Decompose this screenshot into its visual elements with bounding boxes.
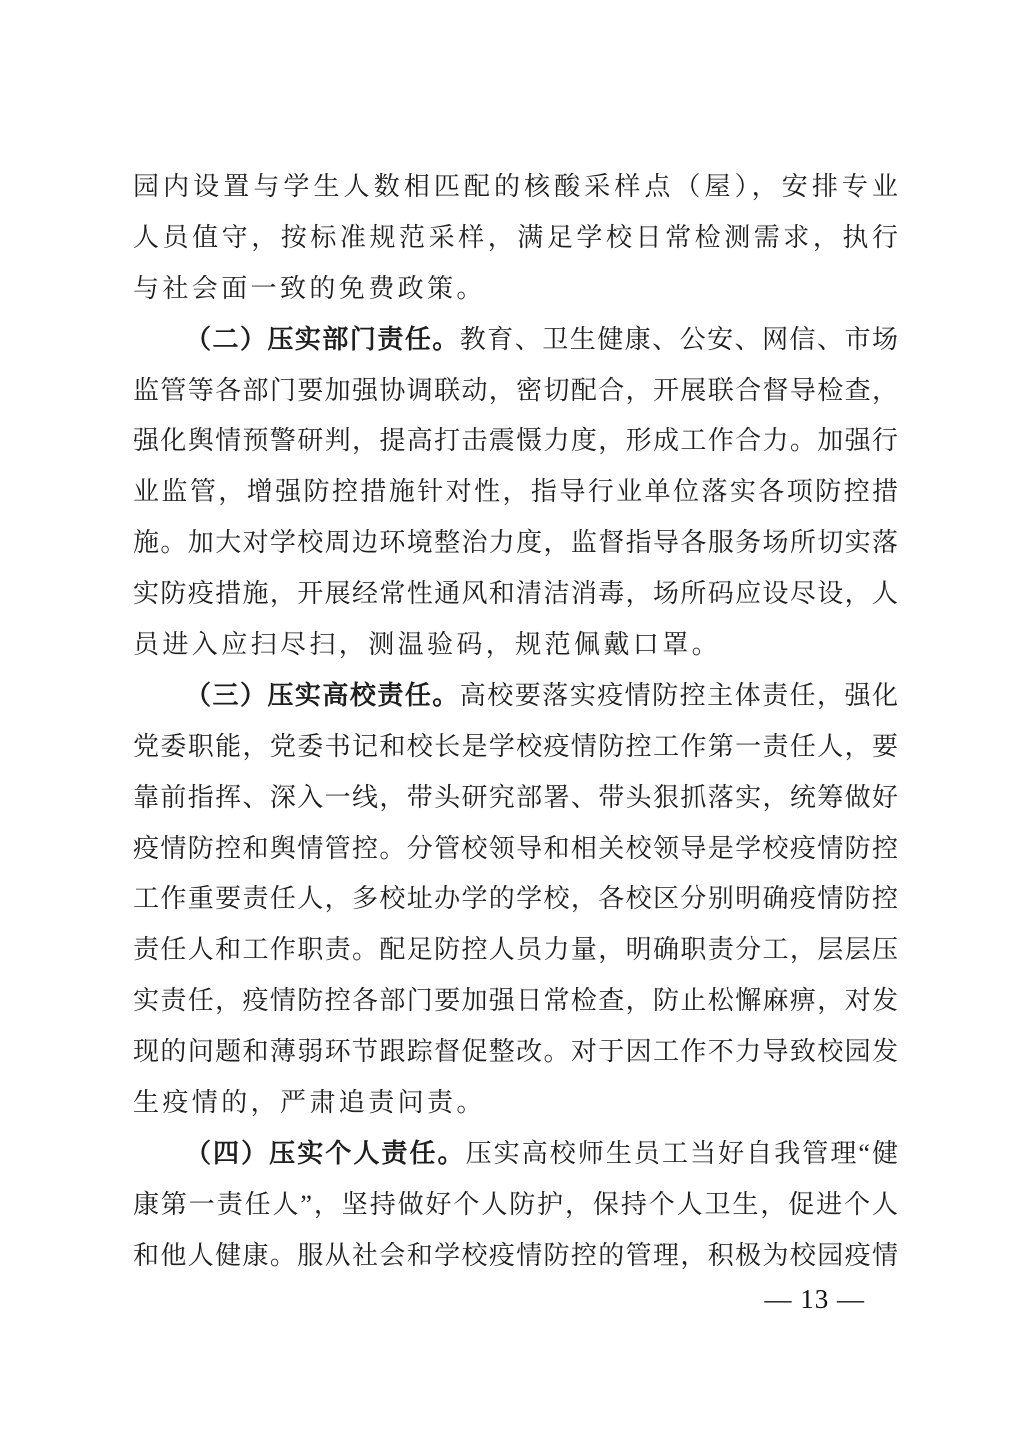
paragraph: （三）压实高校责任。高校要落实疫情防控主体责任，强化党委职能，党委书记和校长是学… — [133, 671, 898, 1129]
text-line: 责任人和工作职责。配足防控人员力量，明确职责分工，层层压 — [133, 925, 898, 976]
body-text: 高校要落实疫情防控主体责任，强化 — [460, 681, 898, 710]
text-line: 实责任，疫情防控各部门要加强日常检查，防止松懈麻痹，对发 — [133, 976, 898, 1027]
body-text: 靠前指挥、深入一线，带头研究部署、带头狠抓落实，统筹做好 — [133, 783, 898, 812]
paragraph: （二）压实部门责任。教育、卫生健康、公安、网信、市场监管等各部门要加强协调联动，… — [133, 315, 898, 671]
section-heading-text: （二）压实部门责任。 — [185, 325, 460, 354]
body-text: 和他人健康。服从社会和学校疫情防控的管理，积极为校园疫情 — [133, 1241, 898, 1270]
text-line: 党委职能，党委书记和校长是学校疫情防控工作第一责任人，要 — [133, 722, 898, 773]
body-text: 教育、卫生健康、公安、网信、市场 — [460, 325, 898, 354]
body-text: 人员值守，按标准规范采样，满足学校日常检测需求，执行 — [133, 223, 898, 252]
document-page: 园内设置与学生人数相匹配的核酸采样点（屋），安排专业人员值守，按标准规范采样，满… — [0, 0, 1024, 1448]
section-heading-text: （三）压实高校责任。 — [185, 681, 460, 710]
text-line: （二）压实部门责任。教育、卫生健康、公安、网信、市场 — [133, 315, 898, 366]
body-text: 强化舆情预警研判，提高打击震慑力度，形成工作合力。加强行 — [133, 426, 898, 455]
text-line: 监管等各部门要加强协调联动，密切配合，开展联合督导检查， — [133, 366, 898, 417]
text-line: 业监管，增强防控措施针对性，指导行业单位落实各项防控措 — [133, 467, 898, 518]
body-text: 康第一责任人”，坚持做好个人防护，保持个人卫生，促进个人 — [133, 1190, 898, 1219]
section-heading-text: （四）压实个人责任。 — [185, 1139, 466, 1168]
text-line: （四）压实个人责任。压实高校师生员工当好自我管理“健 — [133, 1129, 898, 1180]
text-line: 与社会面一致的免费政策。 — [133, 264, 898, 315]
text-line: 康第一责任人”，坚持做好个人防护，保持个人卫生，促进个人 — [133, 1180, 898, 1231]
paragraph: （四）压实个人责任。压实高校师生员工当好自我管理“健康第一责任人”，坚持做好个人… — [133, 1129, 898, 1282]
document-body: 园内设置与学生人数相匹配的核酸采样点（屋），安排专业人员值守，按标准规范采样，满… — [133, 162, 898, 1282]
body-text: 工作重要责任人，多校址办学的学校，各校区分别明确疫情防控 — [133, 884, 898, 913]
body-text: 监管等各部门要加强协调联动，密切配合，开展联合督导检查， — [133, 376, 898, 405]
text-line: 和他人健康。服从社会和学校疫情防控的管理，积极为校园疫情 — [133, 1231, 898, 1282]
body-text: 与社会面一致的免费政策。 — [133, 274, 486, 303]
text-line: 施。加大对学校周边环境整治力度，监督指导各服务场所切实落 — [133, 518, 898, 569]
page-number: — 13 — — [765, 1283, 866, 1315]
text-line: 现的问题和薄弱环节跟踪督促整改。对于因工作不力导致校园发 — [133, 1027, 898, 1078]
body-text: 实责任，疫情防控各部门要加强日常检查，防止松懈麻痹，对发 — [133, 986, 898, 1015]
text-line: （三）压实高校责任。高校要落实疫情防控主体责任，强化 — [133, 671, 898, 722]
body-text: 党委职能，党委书记和校长是学校疫情防控工作第一责任人，要 — [133, 732, 898, 761]
body-text: 员进入应扫尽扫，测温验码，规范佩戴口罩。 — [133, 630, 721, 659]
text-line: 工作重要责任人，多校址办学的学校，各校区分别明确疫情防控 — [133, 874, 898, 925]
body-text: 园内设置与学生人数相匹配的核酸采样点（屋），安排专业 — [133, 172, 898, 201]
body-text: 生疫情的，严肃追责问责。 — [133, 1088, 486, 1117]
body-text: 压实高校师生员工当好自我管理“健 — [466, 1139, 898, 1168]
text-line: 员进入应扫尽扫，测温验码，规范佩戴口罩。 — [133, 620, 898, 671]
text-line: 强化舆情预警研判，提高打击震慑力度，形成工作合力。加强行 — [133, 416, 898, 467]
body-text: 业监管，增强防控措施针对性，指导行业单位落实各项防控措 — [133, 477, 898, 506]
text-line: 园内设置与学生人数相匹配的核酸采样点（屋），安排专业 — [133, 162, 898, 213]
text-line: 疫情防控和舆情管控。分管校领导和相关校领导是学校疫情防控 — [133, 824, 898, 875]
body-text: 现的问题和薄弱环节跟踪督促整改。对于因工作不力导致校园发 — [133, 1037, 898, 1066]
text-line: 实防疫措施，开展经常性通风和清洁消毒，场所码应设尽设，人 — [133, 569, 898, 620]
body-text: 实防疫措施，开展经常性通风和清洁消毒，场所码应设尽设，人 — [133, 579, 898, 608]
body-text: 施。加大对学校周边环境整治力度，监督指导各服务场所切实落 — [133, 528, 898, 557]
body-text: 责任人和工作职责。配足防控人员力量，明确职责分工，层层压 — [133, 935, 898, 964]
text-line: 人员值守，按标准规范采样，满足学校日常检测需求，执行 — [133, 213, 898, 264]
text-line: 生疫情的，严肃追责问责。 — [133, 1078, 898, 1129]
paragraph: 园内设置与学生人数相匹配的核酸采样点（屋），安排专业人员值守，按标准规范采样，满… — [133, 162, 898, 315]
body-text: 疫情防控和舆情管控。分管校领导和相关校领导是学校疫情防控 — [133, 834, 898, 863]
text-line: 靠前指挥、深入一线，带头研究部署、带头狠抓落实，统筹做好 — [133, 773, 898, 824]
